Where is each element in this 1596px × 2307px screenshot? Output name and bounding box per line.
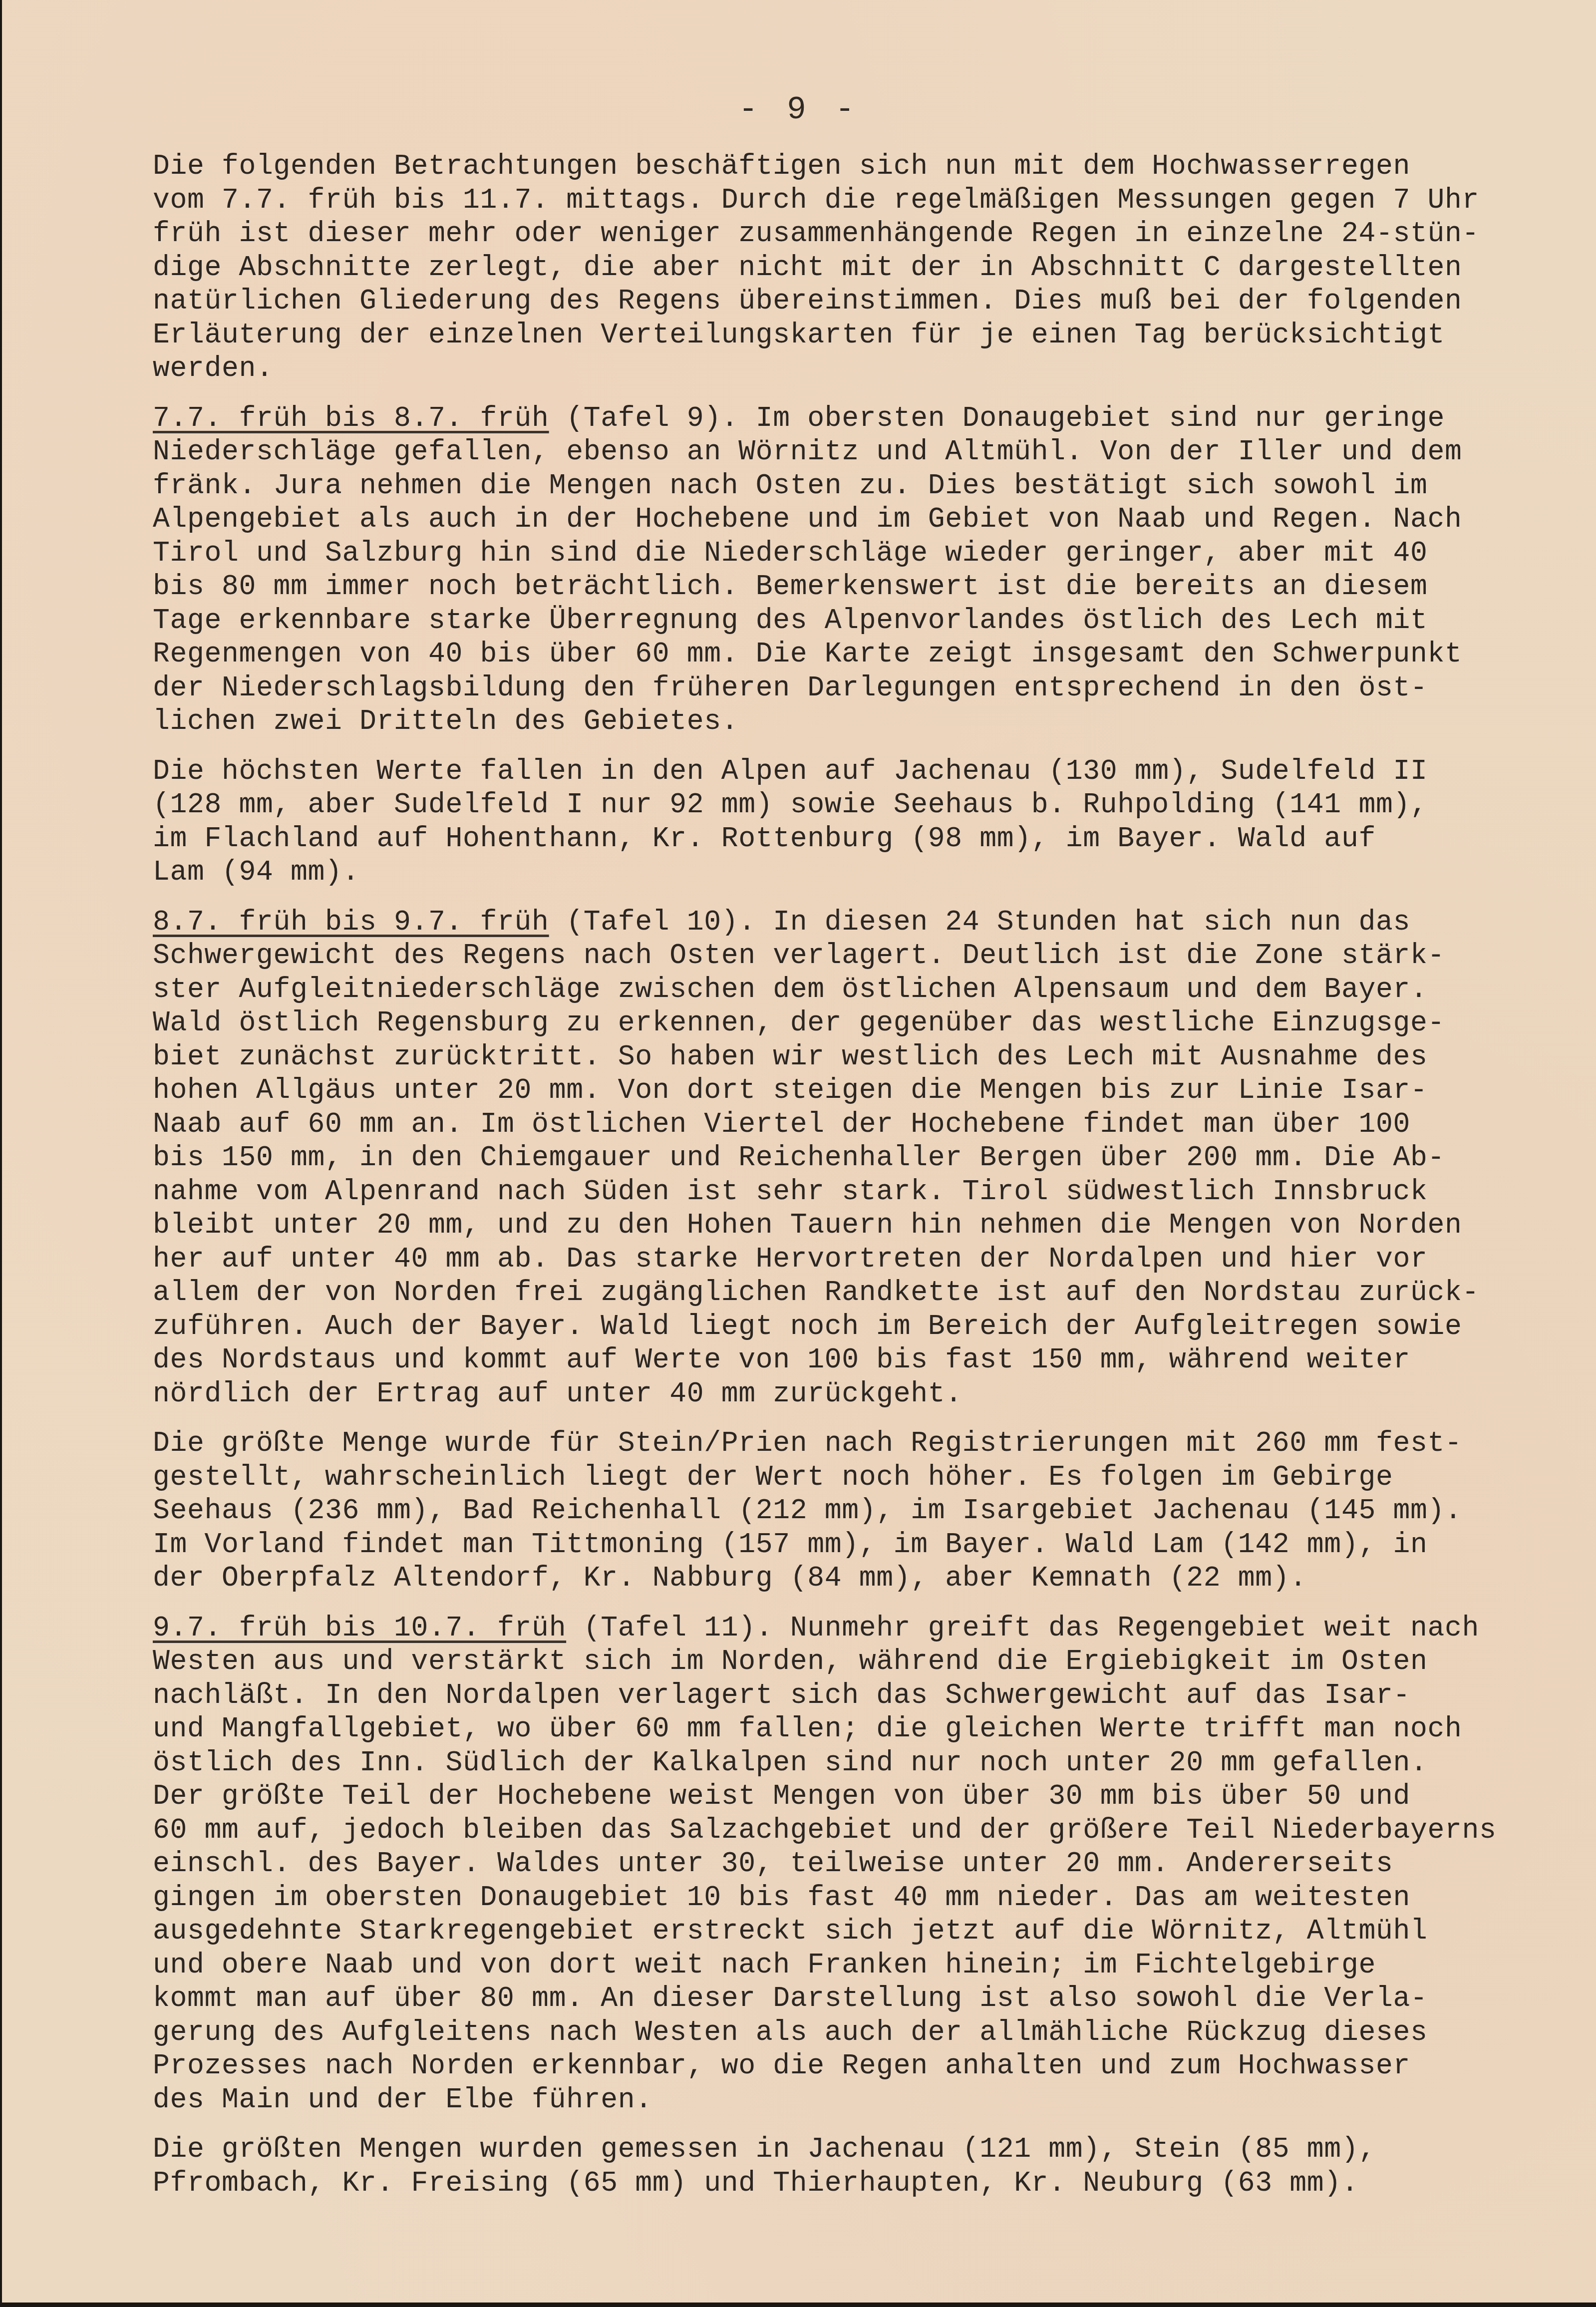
text-line: allem der von Norden frei zugänglichen R… xyxy=(153,1276,1551,1310)
text-line: gingen im obersten Donaugebiet 10 bis fa… xyxy=(153,1881,1551,1915)
text-line: kommt man auf über 80 mm. An dieser Dars… xyxy=(153,1982,1551,2016)
text-line: Tirol und Salzburg hin sind die Niedersc… xyxy=(153,537,1551,571)
text-line: Schwergewicht des Regens nach Osten verl… xyxy=(153,939,1551,973)
text-line: Naab auf 60 mm an. Im östlichen Viertel … xyxy=(153,1108,1551,1142)
section-heading-9-10: 9.7. früh bis 10.7. früh xyxy=(153,1612,566,1644)
text-line: Erläuterung der einzelnen Verteilungskar… xyxy=(153,319,1551,352)
text-line: 60 mm auf, jedoch bleiben das Salzachgeb… xyxy=(153,1814,1551,1848)
text-line: östlich des Inn. Südlich der Kalkalpen s… xyxy=(153,1746,1551,1780)
text-line: gestellt, wahrscheinlich liegt der Wert … xyxy=(153,1461,1551,1495)
text-line: früh ist dieser mehr oder weniger zusamm… xyxy=(153,217,1551,251)
text-line: Wald östlich Regensburg zu erkennen, der… xyxy=(153,1006,1551,1040)
text-line: einschl. des Bayer. Waldes unter 30, tei… xyxy=(153,1847,1551,1881)
text-line: fränk. Jura nehmen die Mengen nach Osten… xyxy=(153,469,1551,503)
text-line: natürlichen Gliederung des Regens überei… xyxy=(153,285,1551,319)
section-heading-7-8: 7.7. früh bis 8.7. früh xyxy=(153,402,549,434)
text-line: und obere Naab und von dort weit nach Fr… xyxy=(153,1949,1551,1982)
text-line: im Flachland auf Hohenthann, Kr. Rottenb… xyxy=(153,822,1551,856)
text-line: Lam (94 mm). xyxy=(153,856,1551,890)
text-line: nördlich der Ertrag auf unter 40 mm zurü… xyxy=(153,1377,1551,1411)
text-line: Westen aus und verstärkt sich im Norden,… xyxy=(153,1645,1551,1679)
text-line: des Main und der Elbe führen. xyxy=(153,2083,1551,2117)
text-line: der Oberpfalz Altendorf, Kr. Nabburg (84… xyxy=(153,1562,1551,1596)
paragraph-intro: Die folgenden Betrachtungen beschäftigen… xyxy=(153,150,1551,386)
paragraph-day-9-10: 9.7. früh bis 10.7. früh (Tafel 11). Nun… xyxy=(153,1612,1551,2117)
text-line: zuführen. Auch der Bayer. Wald liegt noc… xyxy=(153,1310,1551,1344)
text-line: ster Aufgleitniederschläge zwischen dem … xyxy=(153,973,1551,1007)
text-line: biet zunächst zurücktritt. So haben wir … xyxy=(153,1040,1551,1074)
text-line: Pfrombach, Kr. Freising (65 mm) und Thie… xyxy=(153,2167,1551,2201)
text-line: vom 7.7. früh bis 11.7. mittags. Durch d… xyxy=(153,184,1551,218)
text-line: ausgedehnte Starkregengebiet erstreckt s… xyxy=(153,1915,1551,1949)
text-line: Niederschläge gefallen, ebenso an Wörnit… xyxy=(153,435,1551,469)
text-line: lichen zwei Dritteln des Gebietes. xyxy=(153,705,1551,739)
text-line: Die größte Menge wurde für Stein/Prien n… xyxy=(153,1427,1551,1461)
text-line: Tage erkennbare starke Überregnung des A… xyxy=(153,604,1551,638)
text-line: bleibt unter 20 mm, und zu den Hohen Tau… xyxy=(153,1209,1551,1243)
paragraph-max-values-7-8: Die höchsten Werte fallen in den Alpen a… xyxy=(153,755,1551,890)
paragraph-max-values-8-9: Die größte Menge wurde für Stein/Prien n… xyxy=(153,1427,1551,1596)
text-line: des Nordstaus und kommt auf Werte von 10… xyxy=(153,1343,1551,1377)
paragraph-day-7-8: 7.7. früh bis 8.7. früh (Tafel 9). Im ob… xyxy=(153,402,1551,739)
text-line: Die folgenden Betrachtungen beschäftigen… xyxy=(153,150,1551,184)
text-line: Die größten Mengen wurden gemessen in Ja… xyxy=(153,2133,1551,2167)
document-page: - 9 - Die folgenden Betrachtungen beschä… xyxy=(2,0,1596,2303)
body-text: Die folgenden Betrachtungen beschäftigen… xyxy=(153,150,1551,2216)
text-line: dige Abschnitte zerlegt, die aber nicht … xyxy=(153,251,1551,285)
text-line: 8.7. früh bis 9.7. früh (Tafel 10). In d… xyxy=(153,906,1551,940)
text-line: nachläßt. In den Nordalpen verlagert sic… xyxy=(153,1679,1551,1713)
text-line: Alpengebiet als auch in der Hochebene un… xyxy=(153,503,1551,537)
text-fragment: (Tafel 11). Nunmehr greift das Regengebi… xyxy=(566,1612,1479,1644)
text-line: 7.7. früh bis 8.7. früh (Tafel 9). Im ob… xyxy=(153,402,1551,436)
text-line: bis 80 mm immer noch beträchtlich. Bemer… xyxy=(153,570,1551,604)
text-line: Der größte Teil der Hochebene weist Meng… xyxy=(153,1780,1551,1814)
paragraph-max-values-9-10: Die größten Mengen wurden gemessen in Ja… xyxy=(153,2133,1551,2200)
text-line: Die höchsten Werte fallen in den Alpen a… xyxy=(153,755,1551,789)
paragraph-day-8-9: 8.7. früh bis 9.7. früh (Tafel 10). In d… xyxy=(153,906,1551,1411)
text-line: hohen Allgäus unter 20 mm. Von dort stei… xyxy=(153,1074,1551,1108)
text-line: werden. xyxy=(153,352,1551,386)
text-line: 9.7. früh bis 10.7. früh (Tafel 11). Nun… xyxy=(153,1612,1551,1646)
text-line: und Mangfallgebiet, wo über 60 mm fallen… xyxy=(153,1712,1551,1746)
text-line: (128 mm, aber Sudelfeld I nur 92 mm) sow… xyxy=(153,788,1551,822)
page-number: - 9 - xyxy=(2,92,1596,128)
text-fragment: (Tafel 10). In diesen 24 Stunden hat sic… xyxy=(549,906,1410,938)
text-line: gerung des Aufgleitens nach Westen als a… xyxy=(153,2016,1551,2050)
text-line: Seehaus (236 mm), Bad Reichenhall (212 m… xyxy=(153,1494,1551,1528)
text-line: Prozesses nach Norden erkennbar, wo die … xyxy=(153,2049,1551,2083)
text-line: Regenmengen von 40 bis über 60 mm. Die K… xyxy=(153,638,1551,671)
text-line: nahme vom Alpenrand nach Süden ist sehr … xyxy=(153,1175,1551,1209)
text-fragment: (Tafel 9). Im obersten Donaugebiet sind … xyxy=(549,402,1445,434)
text-line: Im Vorland findet man Tittmoning (157 mm… xyxy=(153,1528,1551,1562)
section-heading-8-9: 8.7. früh bis 9.7. früh xyxy=(153,906,549,938)
text-line: her auf unter 40 mm ab. Das starke Hervo… xyxy=(153,1243,1551,1277)
text-line: bis 150 mm, in den Chiemgauer und Reiche… xyxy=(153,1141,1551,1175)
text-line: der Niederschlagsbildung den früheren Da… xyxy=(153,671,1551,705)
